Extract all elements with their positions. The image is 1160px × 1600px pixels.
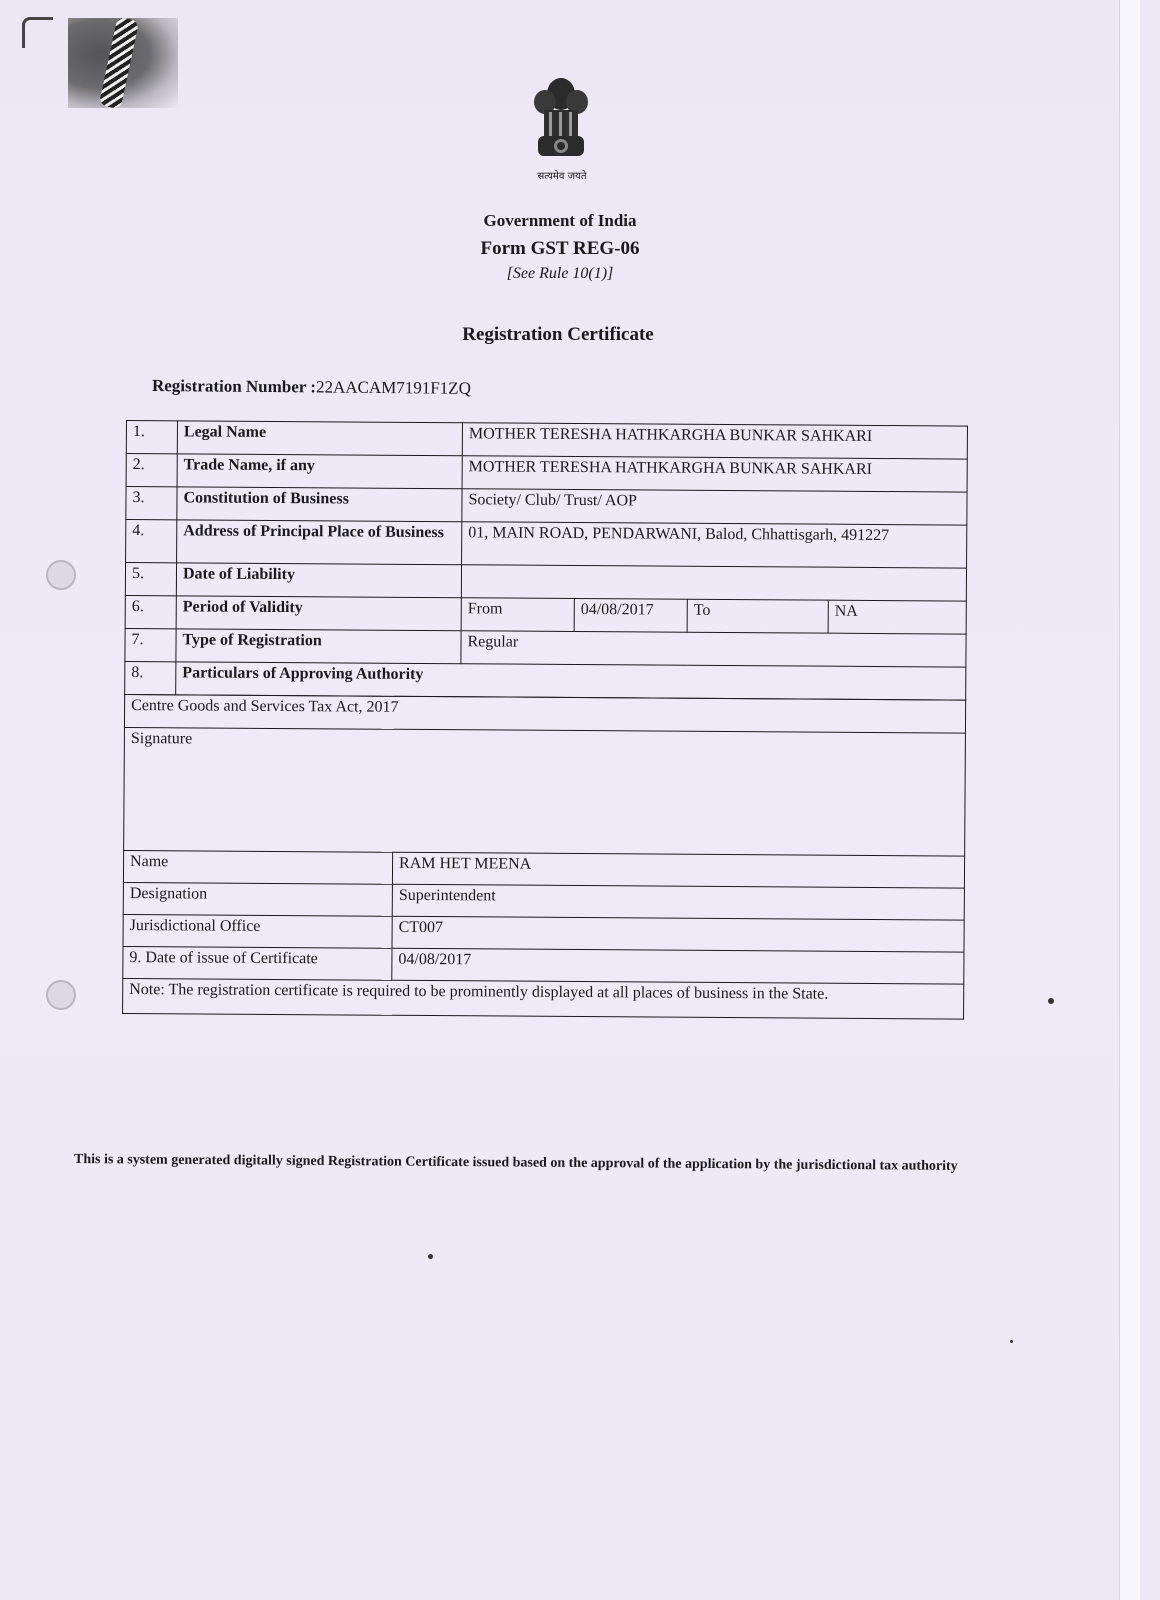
legal-name-value: MOTHER TERESHA HATHKARGHA BUNKAR SAHKARI — [462, 423, 967, 459]
validity-from-value: 04/08/2017 — [574, 598, 687, 632]
table-row: 3. Constitution of Business Society/ Clu… — [126, 487, 967, 526]
rule-reference: [See Rule 10(1)] — [410, 265, 710, 283]
table-row: 1. Legal Name MOTHER TERESHA HATHKARGHA … — [126, 421, 967, 460]
certificate-table: 1. Legal Name MOTHER TERESHA HATHKARGHA … — [122, 420, 968, 1019]
registration-type-label: Type of Registration — [176, 629, 461, 664]
row-number: 1. — [126, 421, 177, 454]
issue-date-label: 9. Date of issue of Certificate — [123, 946, 392, 980]
motto-text: सत्यमेव जयते — [527, 168, 597, 182]
validity-label: Period of Validity — [176, 596, 461, 631]
legal-name-label: Legal Name — [177, 421, 462, 456]
scanned-page: सत्यमेव जयते Government of India Form GS… — [0, 0, 1140, 1600]
punch-hole-icon — [46, 560, 76, 590]
address-value: 01, MAIN ROAD, PENDARWANI, Balod, Chhatt… — [462, 522, 967, 568]
national-emblem-icon — [530, 72, 592, 162]
validity-to-value: NA — [828, 600, 966, 634]
date-of-liability-value — [461, 565, 966, 601]
registration-type-value: Regular — [461, 631, 966, 667]
registration-number-value: 22AACAM7191F1ZQ — [316, 377, 471, 397]
date-of-liability-label: Date of Liability — [176, 563, 461, 598]
jurisdictional-office-value: CT007 — [392, 916, 964, 952]
row-number: 4. — [126, 520, 177, 563]
row-number: 7. — [125, 628, 176, 661]
scan-speck — [428, 1254, 433, 1259]
row-number: 3. — [126, 487, 177, 520]
scan-speck — [1010, 1340, 1013, 1343]
government-heading: Government of India — [410, 211, 710, 231]
scan-speck — [1048, 998, 1054, 1004]
trade-name-value: MOTHER TERESHA HATHKARGHA BUNKAR SAHKARI — [462, 456, 967, 492]
page-edge — [1119, 0, 1140, 1600]
registration-number: Registration Number :22AACAM7191F1ZQ — [152, 376, 471, 399]
form-title: Form GST REG-06 — [410, 238, 710, 260]
digital-signature-note: This is a system generated digitally sig… — [74, 1150, 1004, 1178]
display-note: Note: The registration certificate is re… — [123, 978, 964, 1019]
table-row: Note: The registration certificate is re… — [123, 978, 964, 1019]
table-row: 4. Address of Principal Place of Busines… — [126, 520, 967, 569]
signature-row: Signature — [124, 727, 966, 856]
table-row: 2. Trade Name, if any MOTHER TERESHA HAT… — [126, 454, 967, 493]
signature-label: Signature — [124, 727, 966, 856]
punch-hole-icon — [46, 980, 76, 1010]
row-number: 2. — [126, 454, 177, 487]
row-number: 6. — [125, 595, 176, 628]
officer-name-label: Name — [123, 850, 392, 884]
constitution-value: Society/ Club/ Trust/ AOP — [462, 489, 967, 525]
trade-name-label: Trade Name, if any — [177, 454, 462, 489]
officer-name-value: RAM HET MEENA — [392, 852, 964, 888]
table-row: 6. Period of Validity From 04/08/2017 To… — [125, 595, 966, 634]
document-title: Registration Certificate — [408, 324, 708, 346]
designation-value: Superintendent — [392, 884, 964, 920]
validity-to-label: To — [687, 599, 828, 633]
address-label: Address of Principal Place of Business — [177, 520, 462, 565]
table-row: 5. Date of Liability — [125, 563, 966, 602]
table-row: Centre Goods and Services Tax Act, 2017 — [124, 694, 965, 733]
corner-fold-mark — [22, 17, 53, 48]
jurisdictional-office-label: Jurisdictional Office — [123, 914, 392, 948]
act-name: Centre Goods and Services Tax Act, 2017 — [124, 694, 965, 733]
designation-label: Designation — [123, 882, 392, 916]
row-number: 5. — [125, 563, 176, 596]
constitution-label: Constitution of Business — [177, 487, 462, 522]
registration-number-label: Registration Number : — [152, 376, 316, 396]
row-number: 8. — [125, 661, 176, 694]
table-row: 7. Type of Registration Regular — [125, 628, 966, 667]
issue-date-value: 04/08/2017 — [392, 948, 964, 984]
validity-from-label: From — [461, 598, 574, 632]
